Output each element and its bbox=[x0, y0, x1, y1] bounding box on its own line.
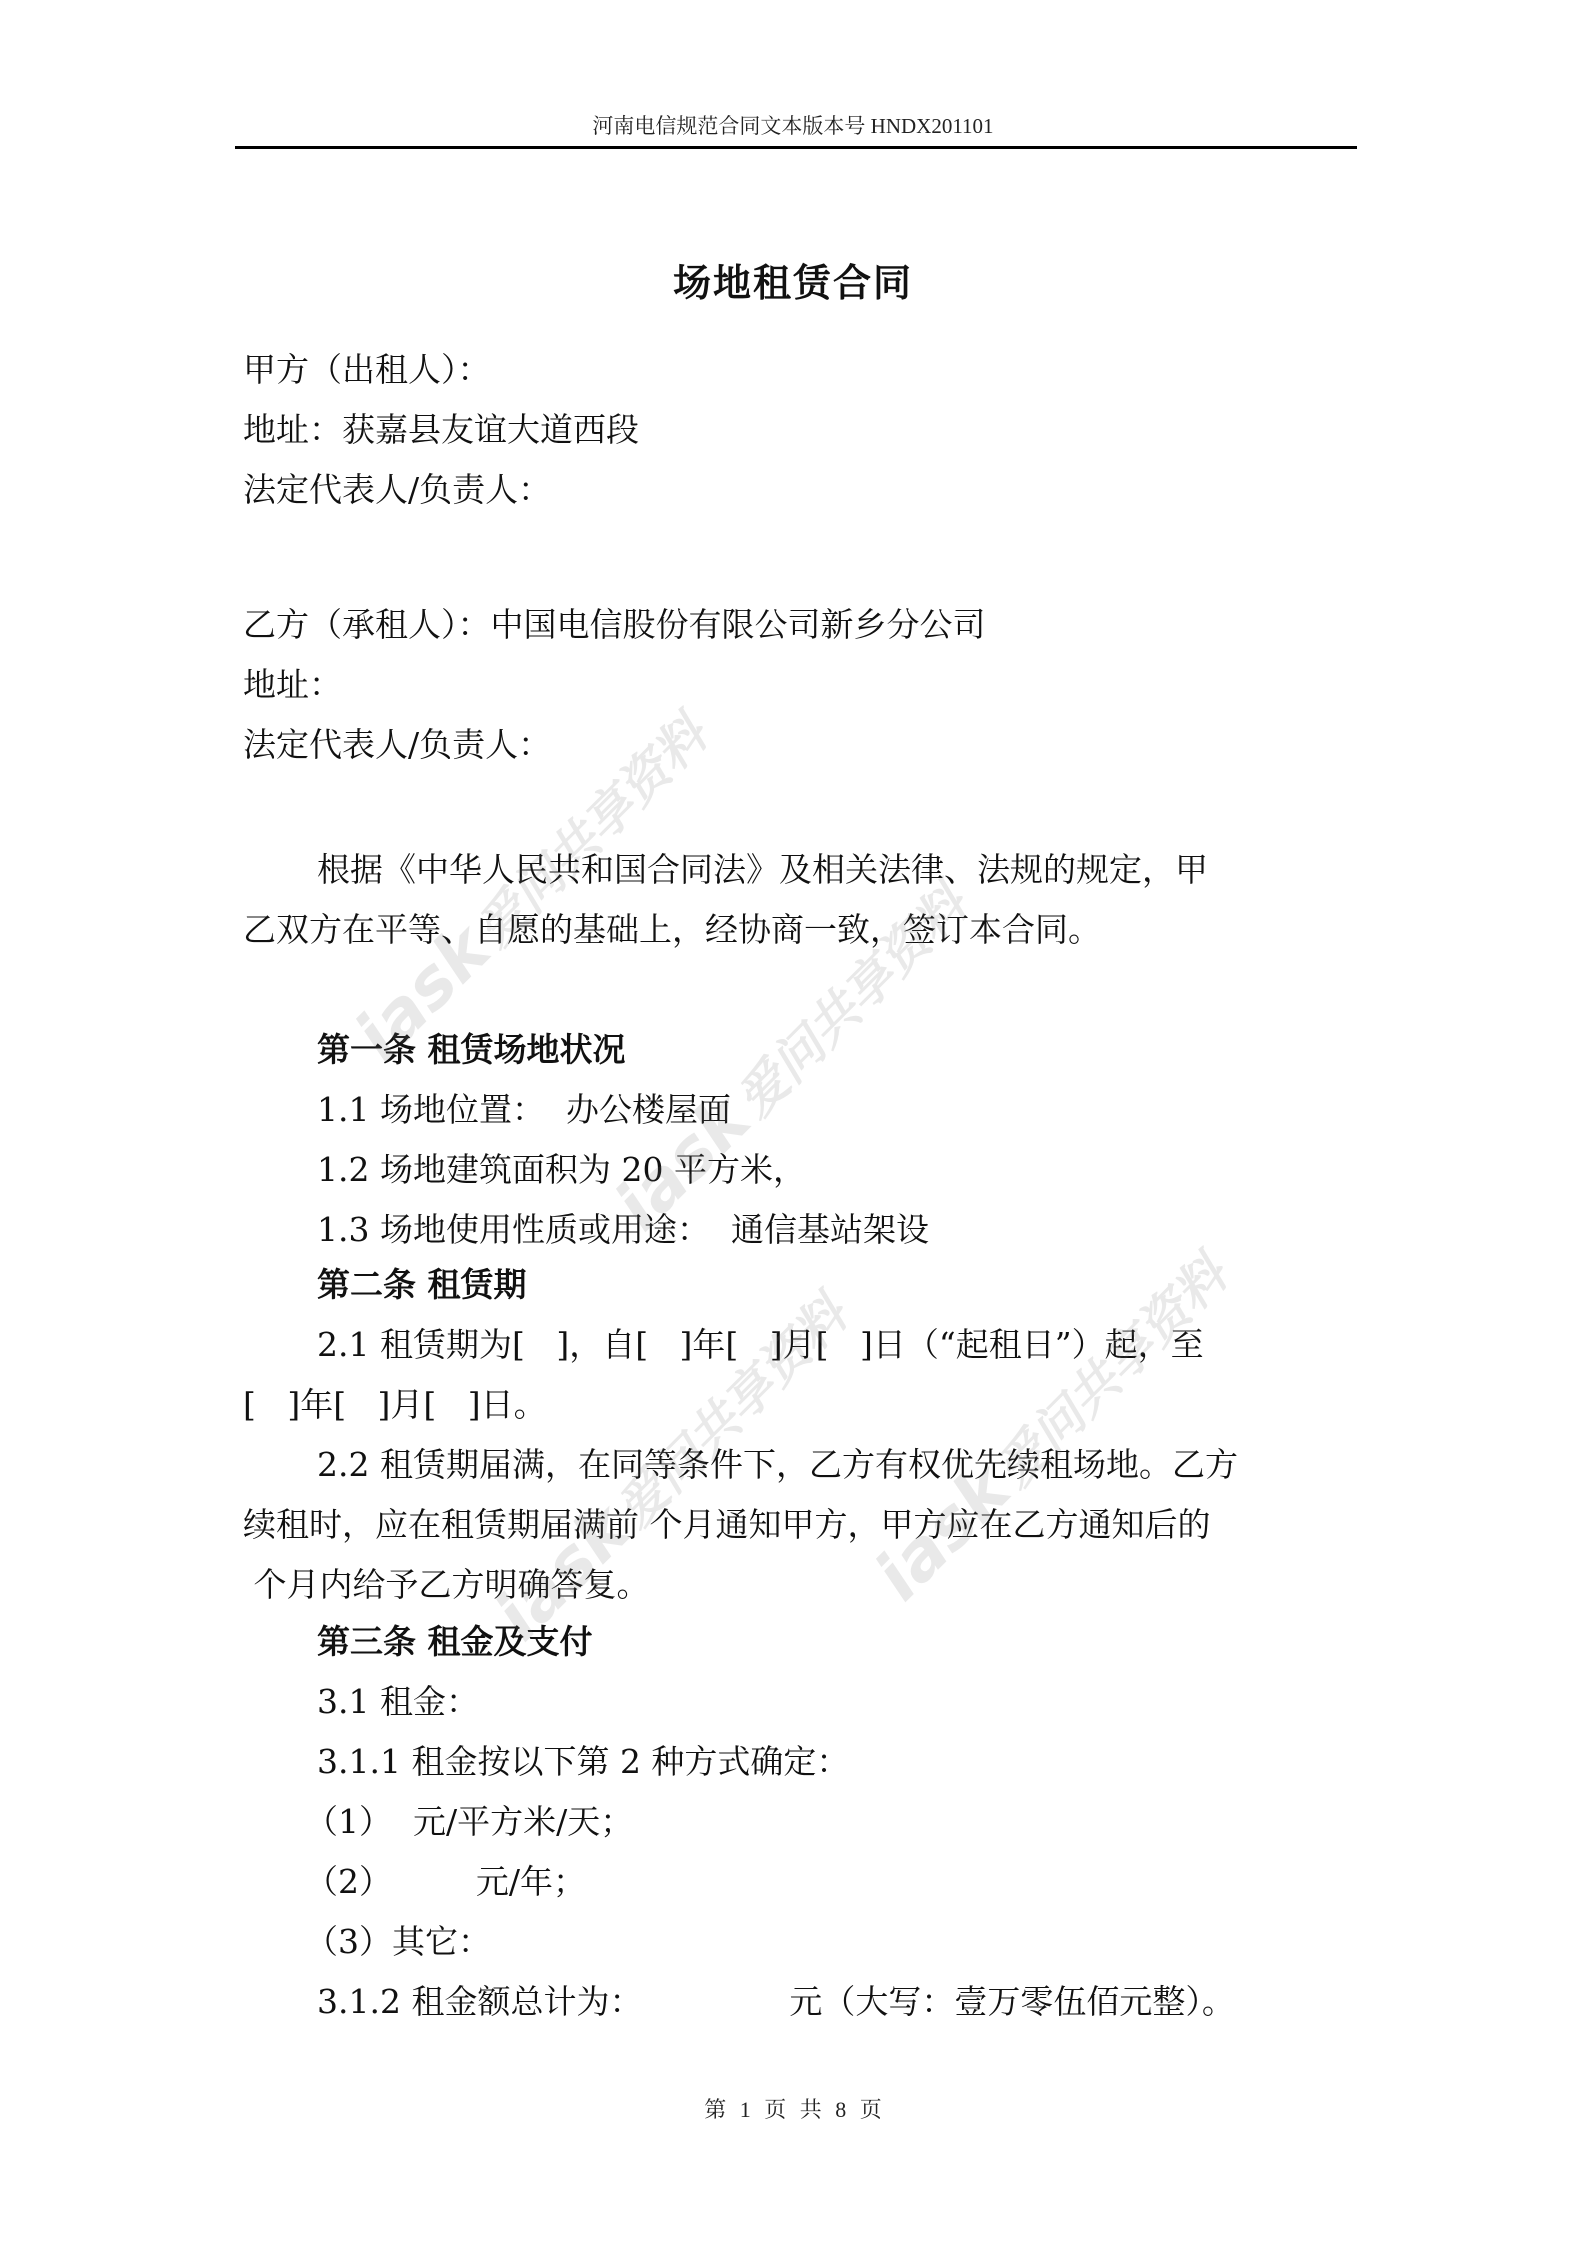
preamble-line-2: 乙双方在平等、自愿的基础上，经协商一致，签订本合同。 bbox=[243, 910, 1101, 950]
watermark: iask爱问共享资料 bbox=[860, 1234, 1242, 1616]
party-b-label: 乙方（承租人）：中国电信股份有限公司新乡分公司 bbox=[243, 605, 986, 645]
article-2-item-2-line-3: 个月内给予乙方明确答复。 bbox=[243, 1565, 650, 1605]
preamble-line-1: 根据《中华人民共和国合同法》及相关法律、法规的规定，甲 bbox=[317, 850, 1208, 890]
article-2-item-2-line-2: 续租时，应在租赁期届满前 个月通知甲方，甲方应在乙方通知后的 bbox=[243, 1505, 1211, 1545]
page-number: 第 1 页 共 8 页 bbox=[0, 2093, 1586, 2124]
article-3-option-2: （2） 元/年； bbox=[305, 1862, 586, 1902]
article-1-heading: 第一条 租赁场地状况 bbox=[317, 1030, 626, 1070]
article-3-method-line: 3.1.1 租金按以下第 2 种方式确定： bbox=[317, 1742, 849, 1782]
article-2-item-1-line-1: 2.1 租赁期为[ ]，自[ ]年[ ]月[ ]日（“起租日”）起，至 bbox=[317, 1325, 1204, 1365]
article-1-item-3: 1.3 场地使用性质或用途： 通信基站架设 bbox=[317, 1210, 929, 1250]
header-divider bbox=[235, 146, 1357, 149]
party-b-address: 地址： bbox=[243, 665, 342, 705]
contract-title: 场地租赁合同 bbox=[0, 252, 1586, 307]
article-1-item-2: 1.2 场地建筑面积为 20 平方米， bbox=[317, 1150, 806, 1190]
document-page: 河南电信规范合同文本版本号 HNDX201101 场地租赁合同 甲方（出租人）：… bbox=[0, 0, 1586, 2244]
article-3-option-3: （3）其它： bbox=[305, 1922, 491, 1962]
article-2-item-1-line-2: [ ]年[ ]月[ ]日。 bbox=[243, 1385, 547, 1425]
article-3-rent-label: 3.1 租金： bbox=[317, 1682, 479, 1722]
article-3-option-1: （1） 元/平方米/天； bbox=[305, 1802, 633, 1842]
party-b-representative: 法定代表人/负责人： bbox=[243, 725, 551, 765]
article-3-total-line: 3.1.2 租金额总计为： 元（大写：壹万零伍佰元整）。 bbox=[317, 1982, 1235, 2022]
article-2-heading: 第二条 租赁期 bbox=[317, 1265, 527, 1305]
article-1-item-1: 1.1 场地位置： 办公楼屋面 bbox=[317, 1090, 731, 1130]
article-2-item-2-line-1: 2.2 租赁期届满，在同等条件下，乙方有权优先续租场地。乙方 bbox=[317, 1445, 1238, 1485]
document-header: 河南电信规范合同文本版本号 HNDX201101 bbox=[0, 110, 1586, 140]
party-a-representative: 法定代表人/负责人： bbox=[243, 470, 551, 510]
party-a-address: 地址：获嘉县友谊大道西段 bbox=[243, 410, 639, 450]
article-3-heading: 第三条 租金及支付 bbox=[317, 1622, 593, 1662]
party-a-label: 甲方（出租人）： bbox=[243, 350, 491, 390]
